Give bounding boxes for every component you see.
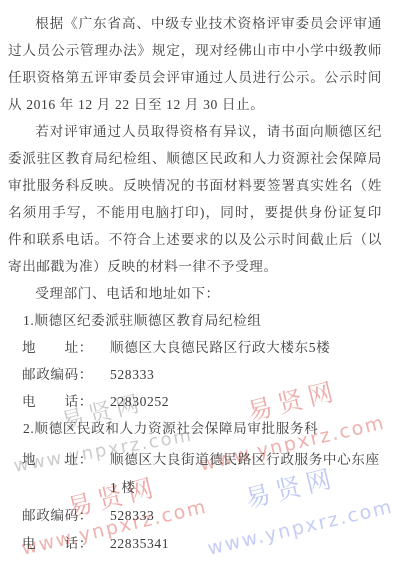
address-value: 顺德区大良街道德民路区行政服务中心东座 1 楼: [110, 446, 382, 502]
section-1-address-row: 地 址： 顺德区大良德民路区行政大楼东5楼: [22, 334, 382, 361]
notice-body: 根据《广东省高、中级专业技术资格评审委员会评审通过人员公示管理办法》规定，现对经…: [0, 0, 394, 558]
paragraph-contacts-lead: 受理部门、电话和地址如下：: [8, 280, 382, 307]
paragraph-intro: 根据《广东省高、中级专业技术资格评审委员会评审通过人员公示管理办法》规定，现对经…: [8, 10, 382, 118]
section-1-postcode-row: 邮政编码： 528333: [22, 361, 382, 388]
postcode-value: 528333: [110, 361, 382, 388]
postcode-label: 邮政编码：: [22, 361, 110, 388]
section-1-heading: 1.顺德区纪委派驻顺德区教育局纪检组: [23, 307, 382, 334]
phone-value: 22830252: [110, 388, 382, 415]
postcode-value: 528333: [110, 502, 382, 530]
phone-value: 22835341: [110, 530, 382, 558]
paragraph-objection-instructions: 若对评审通过人员取得资格有异议，请书面向顺德区纪委派驻区教育局纪检组、顺德区民政…: [8, 118, 382, 280]
notice-document-page: 易贤网www.ynpxrz.com易贤网www.ynpxrz.com易贤网www…: [0, 0, 394, 582]
address-label: 地 址：: [22, 446, 110, 502]
section-1-phone-row: 电 话： 22830252: [22, 388, 382, 415]
address-value: 顺德区大良德民路区行政大楼东5楼: [110, 334, 382, 361]
phone-label: 电 话：: [22, 388, 110, 415]
section-2: 2.顺德区民政和人力资源社会保障局审批服务科 地 址： 顺德区大良街道德民路区行…: [8, 415, 382, 558]
section-2-address-row: 地 址： 顺德区大良街道德民路区行政服务中心东座 1 楼: [22, 446, 382, 502]
section-2-phone-row: 电 话： 22835341: [22, 530, 382, 558]
postcode-label: 邮政编码：: [22, 502, 110, 530]
section-2-heading: 2.顺德区民政和人力资源社会保障局审批服务科: [23, 415, 382, 442]
phone-label: 电 话：: [22, 530, 110, 558]
section-2-postcode-row: 邮政编码： 528333: [22, 502, 382, 530]
address-label: 地 址：: [22, 334, 110, 361]
